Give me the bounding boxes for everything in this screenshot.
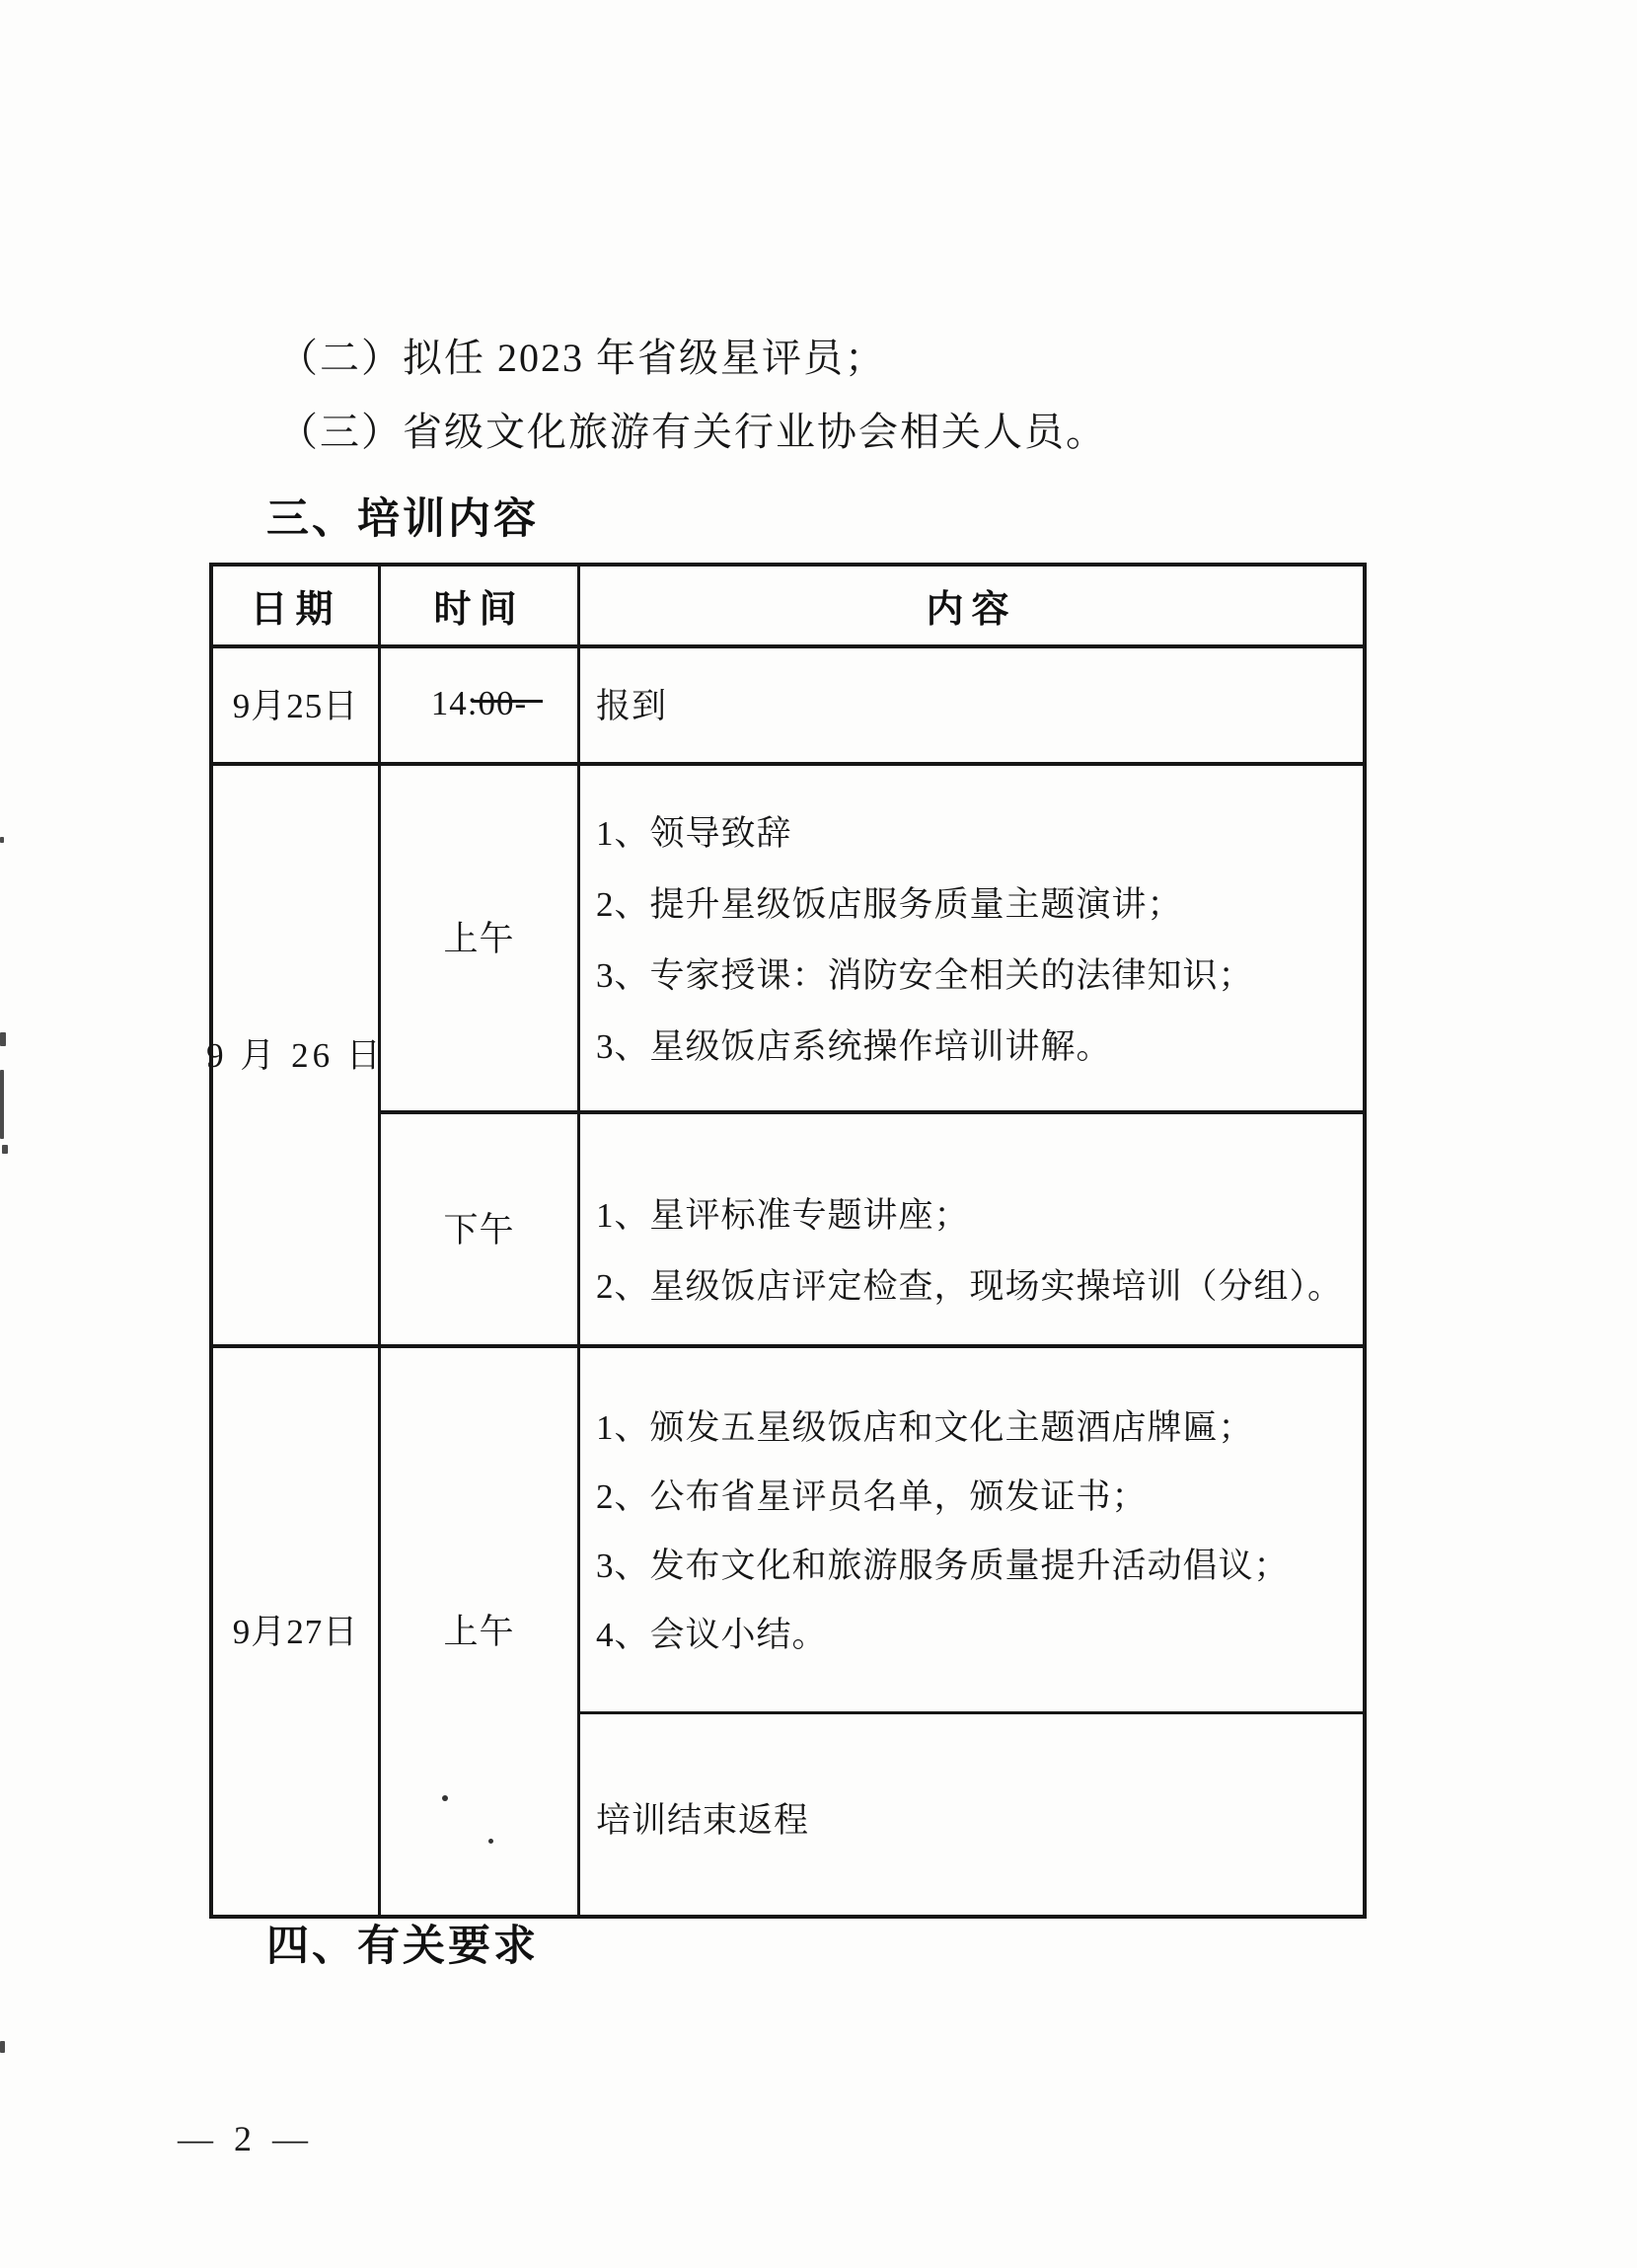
agenda-item: 1、颁发五星级饭店和文化主题酒店牌匾；	[596, 1406, 1254, 1450]
agenda-item: 2、提升星级饭店服务质量主题演讲；	[596, 883, 1183, 927]
document-page: （二）拟任 2023 年省级星评员； （三）省级文化旅游有关行业协会相关人员。 …	[0, 0, 1637, 2268]
time-cell-sep26-am: 上午	[381, 762, 577, 1110]
agenda-item: 2、星级饭店评定检查，现场实操培训（分组）。	[596, 1265, 1343, 1309]
agenda-item: 3、发布文化和旅游服务质量提升活动倡议；	[596, 1545, 1290, 1588]
agenda-item: 3、专家授课：消防安全相关的法律知识；	[596, 954, 1254, 998]
section-heading-training-content: 三、培训内容	[266, 498, 539, 541]
scan-artifact	[0, 837, 4, 843]
date-cell-sep27: 9月27日	[213, 1344, 378, 1915]
header-cell-date: 日期	[213, 567, 378, 644]
agenda-item-final: 培训结束返程	[596, 1799, 809, 1843]
date-cell-sep26: 9 月 26 日	[213, 762, 378, 1344]
header-cell-time: 时间	[381, 567, 577, 644]
ink-dot-artifact	[442, 1795, 448, 1801]
training-schedule-table: 日期 时间 内容 9月25日 14:00- 报到 9 月 26 日 上午 1、领…	[209, 563, 1367, 1919]
agenda-item: 1、领导致辞	[596, 812, 792, 856]
date-cell-sep25: 9月25日	[213, 644, 378, 762]
agenda-item: 1、星评标准专题讲座；	[596, 1194, 970, 1238]
paragraph-item-3: （三）省级文化旅游有关行业协会相关人员。	[278, 412, 1107, 453]
paragraph-item-2: （二）拟任 2023 年省级星评员；	[278, 338, 886, 379]
scan-artifact	[0, 1032, 6, 1046]
header-cell-content: 内容	[580, 567, 1363, 644]
content-cell-sep25: 报到	[596, 644, 1346, 762]
time-cell-sep26-pm: 下午	[381, 1110, 577, 1344]
agenda-item: 4、会议小结。	[596, 1614, 828, 1657]
section-heading-requirements: 四、有关要求	[266, 1926, 539, 1968]
time-cell-sep27-am: 上午	[381, 1344, 577, 1915]
row-divider-sep27-content	[577, 1711, 1363, 1714]
strike-mark	[472, 700, 543, 703]
page-number: — 2 —	[178, 2118, 314, 2159]
scan-artifact	[0, 1070, 4, 1139]
scan-artifact	[0, 2041, 5, 2053]
agenda-item: 3、星级饭店系统操作培训讲解。	[596, 1025, 1112, 1069]
agenda-item: 2、公布省星评员名单，颁发证书；	[596, 1475, 1148, 1519]
scan-artifact	[2, 1145, 8, 1154]
time-cell-sep25: 14:00-	[381, 644, 577, 762]
ink-dot-artifact	[488, 1839, 493, 1844]
